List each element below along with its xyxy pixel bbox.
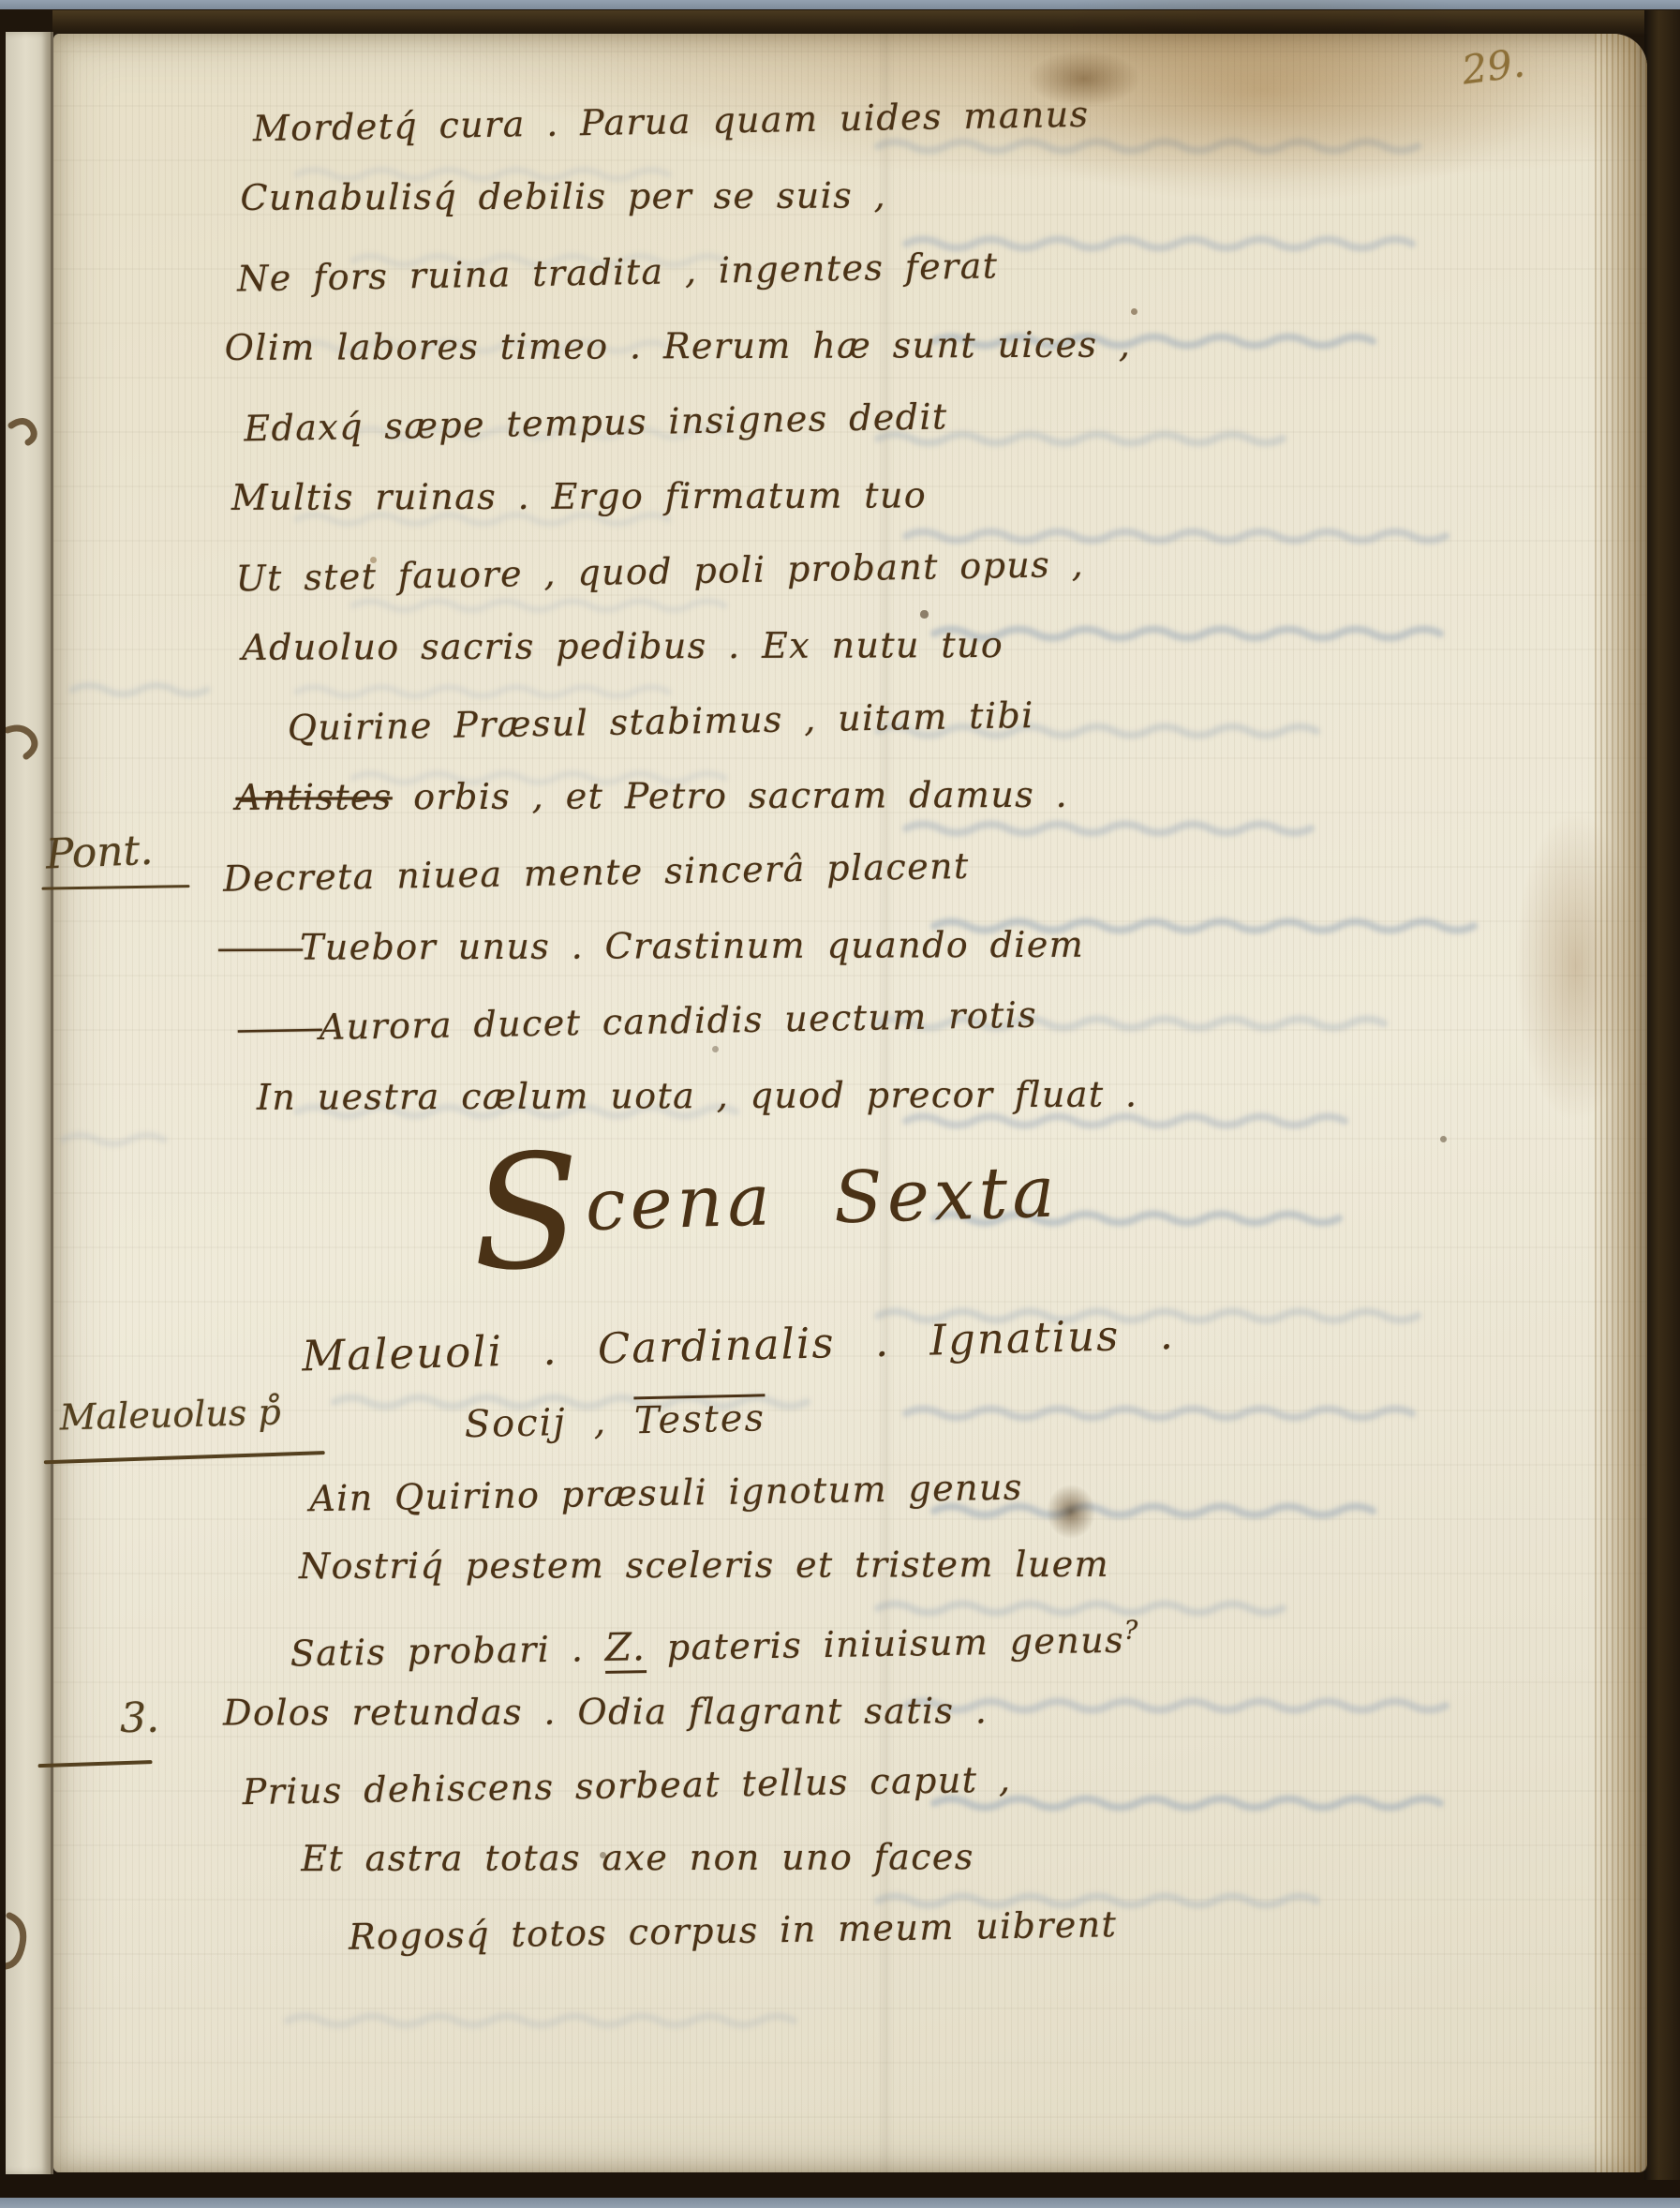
verse-line: Satis probari . Z. pateris iniuisum genu… (290, 1594, 1140, 1681)
bleedthrough-squiggle (878, 142, 1418, 151)
bleedthrough-squiggle (878, 1604, 1283, 1613)
verse-segment: Ut stet fauore , quod poli probant opus … (235, 544, 1084, 600)
verse-line: Cunabulisq́ debilis per se suis , (240, 157, 1131, 235)
book-cover-right-edge (1644, 10, 1680, 2180)
verse-segment: Quirine Præsul stabimus , uitam tibi (288, 694, 1035, 749)
verse-segment: Et astra totas axe non uno faces (301, 1836, 974, 1879)
heading-initial: S (469, 1119, 588, 1305)
scene-heading: Scena Sexta (471, 1150, 1061, 1261)
verse-line: Ne fors ruina tradita , ingentes ferat (236, 226, 1132, 317)
bleedthrough-squiggle (878, 727, 1316, 736)
verse-line: Prius dehiscens sorbeat tellus caput , (242, 1740, 1141, 1828)
verse-segment: Olim labores timeo . Rerum hæ sunt uices… (225, 324, 1132, 368)
verse-segment: Cunabulisq́ debilis per se suis , (240, 174, 886, 217)
stain-blob (1028, 51, 1140, 107)
stain-layer (53, 34, 1647, 2172)
bleedthrough-layer (53, 34, 1647, 2172)
verse-block-1: Mordetq́ cura . Parua quam uides manusCu… (208, 80, 1138, 1137)
verse-segment: Tuebor unus . Crastinum quando diem (300, 924, 1084, 968)
bleedthrough-squiggle (934, 337, 1373, 346)
margin-underline (38, 1760, 153, 1768)
bleedthrough-squiggle (906, 1410, 1412, 1418)
bleedthrough-squiggle (934, 630, 1440, 638)
scene-subtitle: Socij , Testes (464, 1396, 766, 1446)
bleedthrough-squiggle (906, 1702, 1446, 1710)
bleedthrough-squiggle (297, 171, 668, 179)
bleedthrough-squiggle (934, 1507, 1373, 1515)
verse-line: —Aurora ducet candidis uectum rotis (233, 976, 1138, 1067)
bleedthrough-squiggle (297, 1108, 736, 1116)
verse-segment: Ain Quirino præsuli ignotum genus (309, 1467, 1023, 1520)
verse-segment: Socij , (464, 1399, 634, 1446)
heading-rest: cena Sexta (585, 1150, 1061, 1247)
bleedthrough-squiggle (297, 343, 668, 351)
bleedthrough-squiggle (906, 532, 1446, 541)
verse-line: Mordetq́ cura . Parua quam uides manus (252, 76, 1131, 166)
verse-line: Olim labores timeo . Rerum hæ sunt uices… (225, 307, 1133, 385)
verse-segment: Satis probari . (290, 1628, 605, 1675)
verse-segment: Decreta niuea mente sincerâ placent (223, 845, 970, 900)
scanner-bed-bottom (0, 2198, 1680, 2208)
verse-line: Ain Quirino præsuli ignotum genus (309, 1449, 1139, 1536)
margin-note-three: 3. (120, 1694, 159, 1742)
bleedthrough-squiggle (353, 429, 724, 438)
bleedthrough-squiggle (878, 435, 1283, 443)
verse-segment: Testes (633, 1396, 766, 1442)
ink-blot (1047, 1484, 1095, 1539)
margin-note-maleuolus: Maleuolus p̊ (59, 1392, 281, 1439)
verse-segment: Dolos retundas . Odia flagrant satis . (223, 1690, 988, 1733)
page-number: 29. (1460, 39, 1528, 93)
stain-top-band (53, 34, 1647, 212)
verse-segment: Aurora ducet candidis uectum rotis (319, 994, 1037, 1048)
verse-segment: — (215, 910, 311, 985)
bleedthrough-squiggle (63, 1136, 164, 1144)
verse-line: Multis ruinas . Ergo firmatum tuo (231, 457, 1134, 535)
verse-line: Antistes orbis , et Petro sacram damus . (235, 757, 1136, 835)
page-edge-stack (1595, 34, 1647, 2172)
ink-layer: 29. Mordetq́ cura . Parua quam uides man… (52, 22, 1663, 2172)
bleedthrough-squiggle (72, 686, 207, 694)
bleedthrough-squiggle (288, 2017, 794, 2025)
bleedthrough-squiggle (906, 825, 1311, 833)
margin-underline (42, 885, 190, 890)
verse-line: Rogosq́ totos corpus in meum uibrent (348, 1887, 1142, 1974)
bleedthrough-squiggle (934, 1799, 1440, 1808)
margin-note-pont: Pont. (45, 827, 154, 879)
verse-line: Aduoluo sacris pedibus . Ex nutu tuo (242, 607, 1135, 685)
bleedthrough-squiggle (353, 257, 724, 265)
margin-note-text: Maleuolus p̊ (59, 1392, 281, 1439)
verse-segment: Rogosq́ totos corpus in meum uibrent (349, 1903, 1118, 1958)
bleedthrough-squiggle (878, 1312, 1418, 1320)
verse-segment: In uestra cælum uota , quod precor fluat… (257, 1073, 1138, 1117)
verse-line: In uestra cælum uota , quod precor fluat… (257, 1056, 1138, 1134)
verse-segment: ? (1124, 1616, 1140, 1645)
bleedthrough-squiggle (906, 240, 1412, 248)
verse-line: Et astra totas axe non uno faces (301, 1820, 1141, 1895)
bleedthrough-squiggle (353, 602, 724, 610)
verse-segment: Multis ruinas . Ergo firmatum tuo (231, 474, 927, 518)
bleedthrough-squiggle (297, 515, 668, 524)
bleedthrough-squiggle (934, 1215, 1339, 1223)
verse-segment: Z. (604, 1624, 646, 1674)
verse-segment: orbis , et Petro sacram damus . (393, 774, 1068, 818)
facing-page-ink-marks (6, 32, 51, 2174)
verse-segment: — (233, 990, 331, 1067)
margin-note-text: Pont. (45, 827, 154, 879)
bleedthrough-squiggle (878, 1897, 1316, 1905)
verse-segment: Edaxq́ sæpe tempus insignes dedit (244, 395, 948, 449)
verse-segment: Nostriq́ pestem sceleris et tristem luem (299, 1544, 1109, 1587)
verse-segment: Antistes (235, 776, 392, 818)
bleedthrough-squiggle (297, 688, 668, 696)
scanner-bed-top (0, 0, 1680, 9)
verse-line: Dolos retundas . Odia flagrant satis . (223, 1674, 1140, 1750)
verse-block-2: Ain Quirino præsuli ignotum genusNostriq… (214, 1452, 1142, 1971)
verse-line: Quirine Præsul stabimus , uitam tibi (287, 676, 1136, 766)
facing-page-edge (6, 32, 53, 2174)
verse-line: —Tuebor unus . Crastinum quando diem (215, 907, 1137, 985)
verse-line: Nostriq́ pestem sceleris et tristem luem (299, 1528, 1139, 1603)
verse-segment: Prius dehiscens sorbeat tellus caput , (242, 1759, 1011, 1813)
verse-line: Decreta niuea mente sincerâ placent (222, 826, 1137, 917)
manuscript-scan: 29. Mordetq́ cura . Parua quam uides man… (0, 0, 1680, 2208)
bleedthrough-squiggle (353, 774, 724, 783)
verse-segment: Mordetq́ cura . Parua quam uides manus (252, 94, 1089, 150)
book-cover-top-edge (52, 10, 1680, 37)
margin-note-text: 3. (120, 1694, 159, 1742)
manuscript-page: 29. Mordetq́ cura . Parua quam uides man… (53, 34, 1647, 2172)
bleedthrough-squiggle (335, 1398, 807, 1407)
bleedthrough-squiggle (878, 1020, 1384, 1028)
margin-underline (44, 1451, 325, 1464)
bleedthrough-squiggle (906, 1117, 1345, 1126)
verse-line: Ut stet fauore , quod poli probant opus … (235, 526, 1135, 617)
verse-line: Edaxq́ sæpe tempus insignes dedit (244, 376, 1134, 467)
character-list: Maleuoli . Cardinalis . Ignatius . (302, 1309, 1176, 1381)
page-crease (878, 34, 893, 2172)
bleedthrough-squiggle (934, 922, 1474, 931)
